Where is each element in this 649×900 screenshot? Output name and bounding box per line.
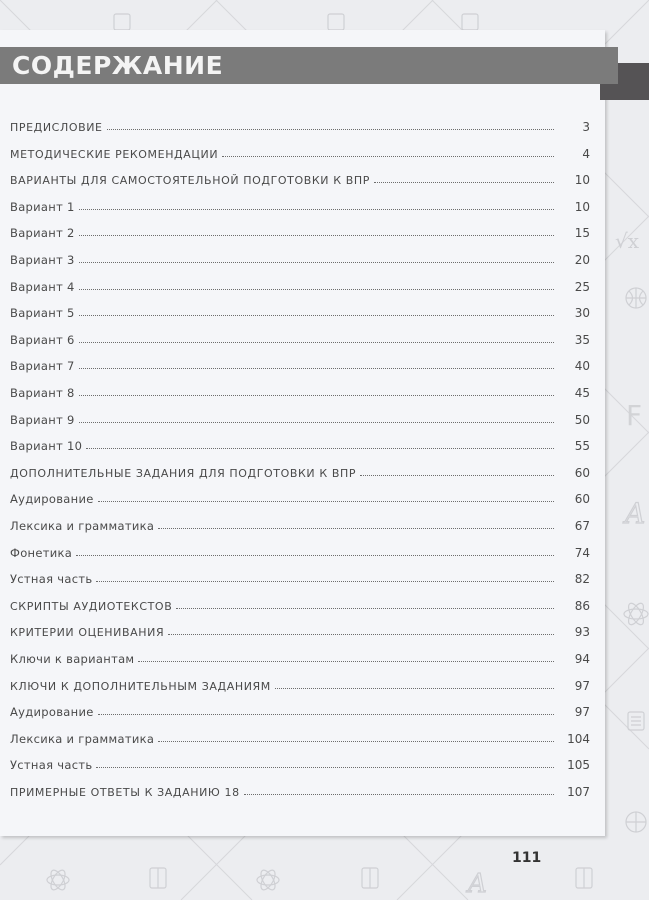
toc-entry[interactable]: КРИТЕРИИ ОЦЕНИВАНИЯ93 [10, 617, 590, 639]
toc-entry-page: 86 [554, 599, 590, 613]
toc-leader-dots [158, 527, 554, 529]
toc-leader-dots [98, 713, 554, 715]
toc-leader-dots [79, 421, 554, 423]
toc-entry-page: 50 [554, 413, 590, 427]
toc-entry-page: 107 [554, 785, 590, 799]
toc-entry[interactable]: ПРИМЕРНЫЕ ОТВЕТЫ К ЗАДАНИЮ 18107 [10, 777, 590, 799]
toc-leader-dots [96, 766, 554, 768]
toc-leader-dots [222, 155, 554, 157]
toc-leader-dots [79, 288, 554, 290]
toc-entry[interactable]: КЛЮЧИ К ДОПОЛНИТЕЛЬНЫМ ЗАДАНИЯМ97 [10, 671, 590, 693]
toc-entry-page: 94 [554, 652, 590, 666]
toc-entry[interactable]: ДОПОЛНИТЕЛЬНЫЕ ЗАДАНИЯ ДЛЯ ПОДГОТОВКИ К … [10, 458, 590, 480]
toc-leader-dots [76, 554, 554, 556]
title-band: СОДЕРЖАНИЕ [0, 47, 618, 84]
toc-entry-label: ПРИМЕРНЫЕ ОТВЕТЫ К ЗАДАНИЮ 18 [10, 786, 244, 799]
toc-entry-label: Лексика и грамматика [10, 519, 158, 533]
toc-entry-page: 74 [554, 546, 590, 560]
toc-entry[interactable]: Лексика и грамматика104 [10, 724, 590, 746]
toc-leader-dots [79, 394, 554, 396]
toc-entry-page: 105 [554, 758, 590, 772]
page-title: СОДЕРЖАНИЕ [12, 50, 223, 81]
toc-leader-dots [79, 208, 554, 210]
toc-entry-label: КЛЮЧИ К ДОПОЛНИТЕЛЬНЫМ ЗАДАНИЯМ [10, 680, 275, 693]
toc-leader-dots [244, 793, 554, 795]
toc-entry-label: СКРИПТЫ АУДИОТЕКСТОВ [10, 600, 176, 613]
toc-entry[interactable]: Устная часть105 [10, 750, 590, 772]
toc-leader-dots [79, 261, 554, 263]
toc-leader-dots [360, 474, 554, 476]
toc-entry-label: Вариант 6 [10, 333, 79, 347]
toc-entry[interactable]: Вариант 950 [10, 405, 590, 427]
toc-entry[interactable]: Вариант 530 [10, 298, 590, 320]
toc-entry-page: 104 [554, 732, 590, 746]
toc-entry-label: Ключи к вариантам [10, 652, 138, 666]
toc-leader-dots [79, 314, 554, 316]
toc-leader-dots [158, 740, 554, 742]
toc-entry[interactable]: МЕТОДИЧЕСКИЕ РЕКОМЕНДАЦИИ4 [10, 139, 590, 161]
toc-entry-label: ДОПОЛНИТЕЛЬНЫЕ ЗАДАНИЯ ДЛЯ ПОДГОТОВКИ К … [10, 467, 360, 480]
toc-entry[interactable]: СКРИПТЫ АУДИОТЕКСТОВ86 [10, 591, 590, 613]
toc-entry-page: 25 [554, 280, 590, 294]
toc-entry-label: Вариант 9 [10, 413, 79, 427]
toc-entry[interactable]: ПРЕДИСЛОВИЕ3 [10, 112, 590, 134]
svg-text:A: A [466, 869, 487, 899]
toc-entry-label: Лексика и грамматика [10, 732, 158, 746]
toc-leader-dots [79, 367, 554, 369]
toc-entry-label: Вариант 10 [10, 439, 86, 453]
toc-entry-label: Вариант 7 [10, 359, 79, 373]
toc-leader-dots [168, 633, 554, 635]
toc-entry-label: Устная часть [10, 758, 96, 772]
toc-leader-dots [86, 447, 554, 449]
toc-entry-page: 60 [554, 466, 590, 480]
toc-entry-label: Вариант 2 [10, 226, 79, 240]
svg-text:A: A [622, 497, 645, 530]
toc-entry[interactable]: Вариант 740 [10, 351, 590, 373]
toc-leader-dots [176, 607, 554, 609]
toc-entry-page: 40 [554, 359, 590, 373]
toc-entry-label: Вариант 8 [10, 386, 79, 400]
toc-entry-page: 55 [554, 439, 590, 453]
toc-entry[interactable]: Вариант 215 [10, 218, 590, 240]
toc-entry[interactable]: Вариант 320 [10, 245, 590, 267]
toc-leader-dots [275, 687, 554, 689]
toc-entry[interactable]: Вариант 635 [10, 325, 590, 347]
toc-leader-dots [98, 500, 554, 502]
toc-entry-label: ВАРИАНТЫ ДЛЯ САМОСТОЯТЕЛЬНОЙ ПОДГОТОВКИ … [10, 174, 374, 187]
toc-entry-label: Фонетика [10, 546, 76, 560]
toc-entry-page: 20 [554, 253, 590, 267]
toc-entry-label: Аудирование [10, 705, 98, 719]
toc-entry-label: МЕТОДИЧЕСКИЕ РЕКОМЕНДАЦИИ [10, 148, 222, 161]
toc-leader-dots [96, 580, 554, 582]
toc-entry-page: 93 [554, 625, 590, 639]
toc-entry[interactable]: Вариант 1055 [10, 431, 590, 453]
toc-leader-dots [79, 341, 554, 343]
toc-entry-page: 30 [554, 306, 590, 320]
toc-entry[interactable]: Лексика и грамматика67 [10, 511, 590, 533]
toc-entry-page: 97 [554, 679, 590, 693]
toc-entry[interactable]: Устная часть82 [10, 564, 590, 586]
toc-entry[interactable]: Вариант 110 [10, 192, 590, 214]
sqrt-x-icon: √x [615, 229, 640, 253]
toc-entry-page: 10 [554, 173, 590, 187]
toc-leader-dots [374, 181, 554, 183]
svg-text:F: F [626, 399, 642, 432]
toc-entry[interactable]: Фонетика74 [10, 538, 590, 560]
toc-entry-label: Вариант 3 [10, 253, 79, 267]
toc-entry-page: 60 [554, 492, 590, 506]
toc-entry-page: 3 [554, 120, 590, 134]
toc-leader-dots [138, 660, 554, 662]
toc-entry-label: Аудирование [10, 492, 98, 506]
toc-entry-label: Вариант 1 [10, 200, 79, 214]
toc-entry-page: 4 [554, 147, 590, 161]
toc-entry[interactable]: ВАРИАНТЫ ДЛЯ САМОСТОЯТЕЛЬНОЙ ПОДГОТОВКИ … [10, 165, 590, 187]
toc-entry-label: Вариант 4 [10, 280, 79, 294]
toc-leader-dots [79, 234, 554, 236]
toc-entry[interactable]: Аудирование60 [10, 484, 590, 506]
toc-entry[interactable]: Вариант 425 [10, 272, 590, 294]
toc-entry[interactable]: Аудирование97 [10, 697, 590, 719]
toc-entry-label: Вариант 5 [10, 306, 79, 320]
page-number: 111 [512, 850, 541, 866]
toc-entry-page: 82 [554, 572, 590, 586]
toc-entry-label: КРИТЕРИИ ОЦЕНИВАНИЯ [10, 626, 168, 639]
toc-entry-page: 67 [554, 519, 590, 533]
toc-entry-page: 15 [554, 226, 590, 240]
toc-entry-page: 35 [554, 333, 590, 347]
toc-entry[interactable]: Вариант 845 [10, 378, 590, 400]
toc-entry-page: 97 [554, 705, 590, 719]
toc-leader-dots [107, 128, 554, 130]
toc-entry-label: Устная часть [10, 572, 96, 586]
toc-entry[interactable]: Ключи к вариантам94 [10, 644, 590, 666]
toc-entry-label: ПРЕДИСЛОВИЕ [10, 121, 107, 134]
toc-entry-page: 45 [554, 386, 590, 400]
toc-entry-page: 10 [554, 200, 590, 214]
